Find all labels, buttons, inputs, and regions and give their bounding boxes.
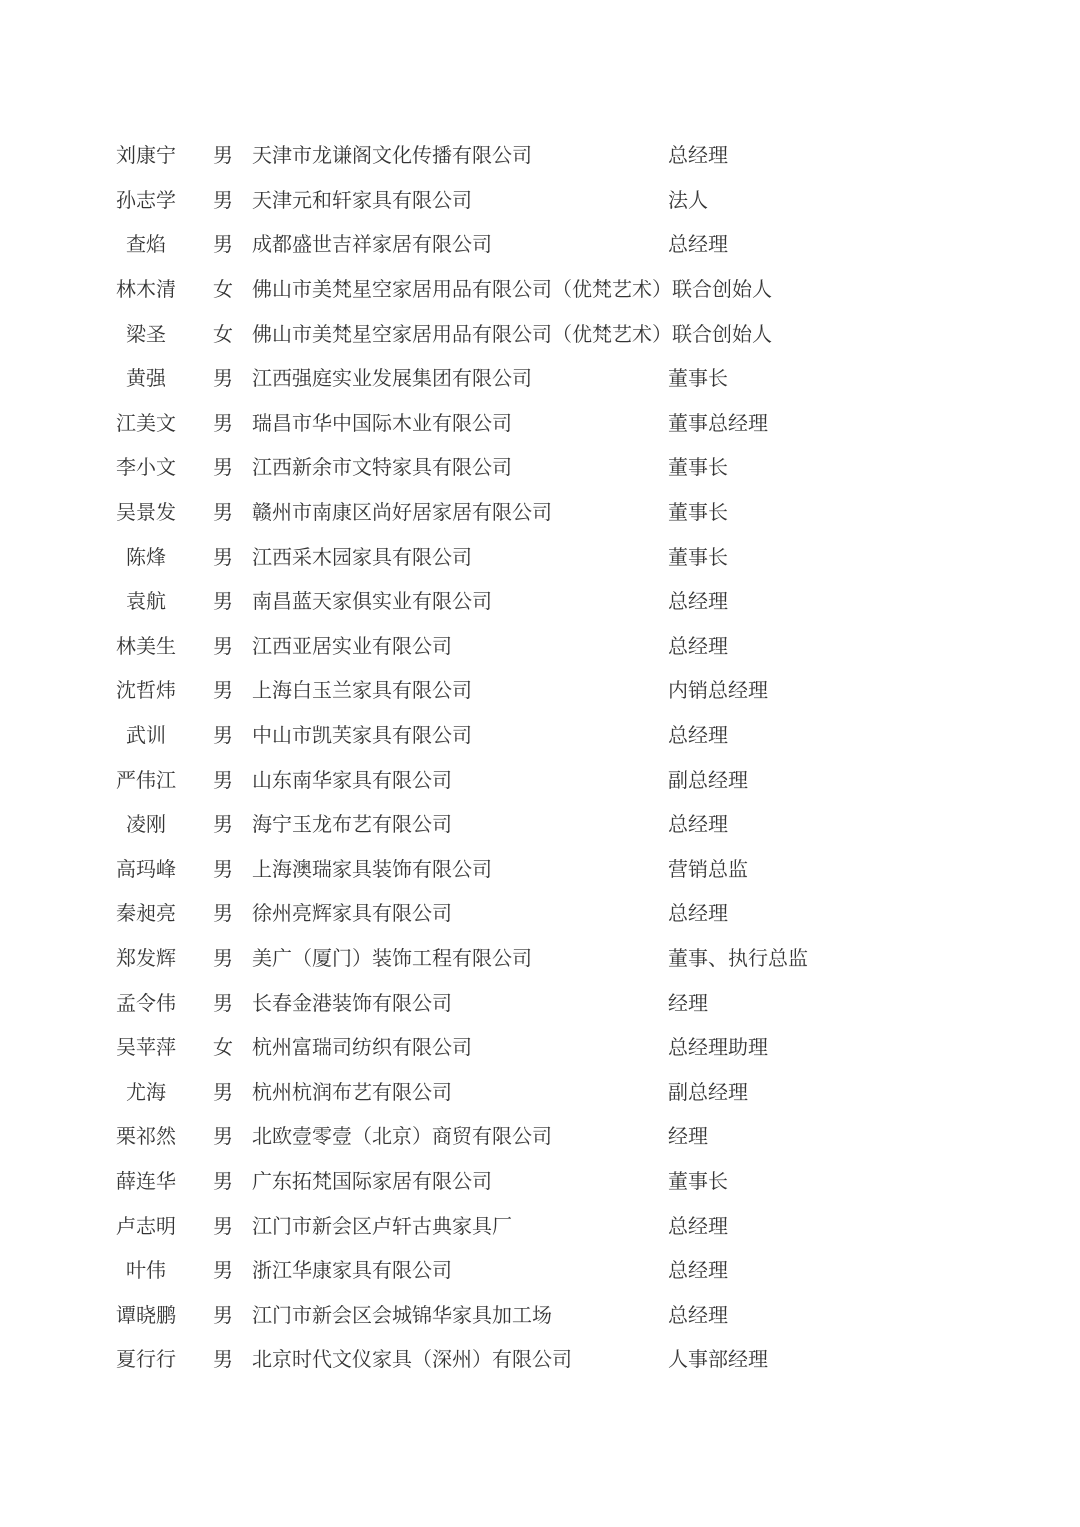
person-name-cell: 吴景发 bbox=[105, 503, 187, 523]
job-title-cell: 总经理 bbox=[668, 592, 728, 612]
gender-cell: 男 bbox=[203, 860, 243, 880]
table-row: 吴苹萍 女 杭州富瑞司纺织有限公司 总经理助理 bbox=[0, 1026, 1080, 1071]
people-roster-table: 刘康宁 男 天津市龙谦阁文化传播有限公司 总经理 孙志学 男 天津元和轩家具有限… bbox=[0, 134, 1080, 1383]
company-cell: 上海白玉兰家具有限公司 bbox=[252, 681, 668, 701]
job-title-cell: 总经理 bbox=[668, 1261, 728, 1281]
table-row: 刘康宁 男 天津市龙谦阁文化传播有限公司 总经理 bbox=[0, 134, 1080, 179]
job-title-cell: 总经理 bbox=[668, 146, 728, 166]
company-cell: 徐州亮辉家具有限公司 bbox=[252, 904, 668, 924]
table-row: 凌刚 男 海宁玉龙布艺有限公司 总经理 bbox=[0, 803, 1080, 848]
person-name-cell: 刘康宁 bbox=[105, 146, 187, 166]
gender-cell: 男 bbox=[203, 414, 243, 434]
person-name-cell: 林木清 bbox=[105, 280, 187, 300]
company-cell: 江西新余市文特家具有限公司 bbox=[252, 458, 668, 478]
table-row: 林美生 男 江西亚居实业有限公司 总经理 bbox=[0, 625, 1080, 670]
company-cell: 杭州杭润布艺有限公司 bbox=[252, 1083, 668, 1103]
gender-cell: 男 bbox=[203, 369, 243, 389]
gender-cell: 女 bbox=[203, 1038, 243, 1058]
gender-cell: 男 bbox=[203, 994, 243, 1014]
company-cell: 佛山市美梵星空家居用品有限公司（优梵艺术） bbox=[252, 325, 672, 345]
person-name-cell: 栗祁然 bbox=[105, 1127, 187, 1147]
gender-cell: 男 bbox=[203, 815, 243, 835]
table-row: 孟令伟 男 长春金港装饰有限公司 经理 bbox=[0, 981, 1080, 1026]
person-name-cell: 沈哲炜 bbox=[105, 681, 187, 701]
person-name-cell: 袁航 bbox=[105, 592, 187, 612]
job-title-cell: 董事长 bbox=[668, 458, 728, 478]
gender-cell: 男 bbox=[203, 458, 243, 478]
table-row: 卢志明 男 江门市新会区卢轩古典家具厂 总经理 bbox=[0, 1204, 1080, 1249]
table-row: 沈哲炜 男 上海白玉兰家具有限公司 内销总经理 bbox=[0, 669, 1080, 714]
company-cell: 北欧壹零壹（北京）商贸有限公司 bbox=[252, 1127, 668, 1147]
table-row: 孙志学 男 天津元和轩家具有限公司 法人 bbox=[0, 179, 1080, 224]
company-cell: 上海澳瑞家具装饰有限公司 bbox=[252, 860, 668, 880]
table-row: 吴景发 男 赣州市南康区尚好居家居有限公司 董事长 bbox=[0, 491, 1080, 536]
company-cell: 天津元和轩家具有限公司 bbox=[252, 191, 668, 211]
gender-cell: 男 bbox=[203, 949, 243, 969]
gender-cell: 男 bbox=[203, 681, 243, 701]
company-cell: 江门市新会区卢轩古典家具厂 bbox=[252, 1217, 668, 1237]
gender-cell: 男 bbox=[203, 1350, 243, 1370]
job-title-cell: 总经理 bbox=[668, 637, 728, 657]
person-name-cell: 陈烽 bbox=[105, 548, 187, 568]
table-row: 秦昶亮 男 徐州亮辉家具有限公司 总经理 bbox=[0, 892, 1080, 937]
job-title-cell: 总经理 bbox=[668, 726, 728, 746]
gender-cell: 女 bbox=[203, 280, 243, 300]
table-row: 梁圣 女 佛山市美梵星空家居用品有限公司（优梵艺术） 联合创始人 bbox=[0, 312, 1080, 357]
table-row: 郑发辉 男 美广（厦门）装饰工程有限公司 董事、执行总监 bbox=[0, 937, 1080, 982]
gender-cell: 男 bbox=[203, 726, 243, 746]
person-name-cell: 夏行行 bbox=[105, 1350, 187, 1370]
gender-cell: 男 bbox=[203, 191, 243, 211]
company-cell: 成都盛世吉祥家居有限公司 bbox=[252, 235, 668, 255]
table-row: 查焰 男 成都盛世吉祥家居有限公司 总经理 bbox=[0, 223, 1080, 268]
gender-cell: 男 bbox=[203, 235, 243, 255]
person-name-cell: 孙志学 bbox=[105, 191, 187, 211]
job-title-cell: 董事长 bbox=[668, 1172, 728, 1192]
job-title-cell: 总经理 bbox=[668, 815, 728, 835]
person-name-cell: 卢志明 bbox=[105, 1217, 187, 1237]
person-name-cell: 凌刚 bbox=[105, 815, 187, 835]
person-name-cell: 高玛峰 bbox=[105, 860, 187, 880]
job-title-cell: 人事部经理 bbox=[668, 1350, 768, 1370]
gender-cell: 男 bbox=[203, 548, 243, 568]
job-title-cell: 总经理 bbox=[668, 1306, 728, 1326]
job-title-cell: 董事总经理 bbox=[668, 414, 768, 434]
table-row: 林木清 女 佛山市美梵星空家居用品有限公司（优梵艺术） 联合创始人 bbox=[0, 268, 1080, 313]
company-cell: 长春金港装饰有限公司 bbox=[252, 994, 668, 1014]
company-cell: 山东南华家具有限公司 bbox=[252, 771, 668, 791]
person-name-cell: 薛连华 bbox=[105, 1172, 187, 1192]
job-title-cell: 法人 bbox=[668, 191, 708, 211]
company-cell: 广东拓梵国际家居有限公司 bbox=[252, 1172, 668, 1192]
gender-cell: 男 bbox=[203, 771, 243, 791]
gender-cell: 女 bbox=[203, 325, 243, 345]
gender-cell: 男 bbox=[203, 1261, 243, 1281]
job-title-cell: 经理 bbox=[668, 1127, 708, 1147]
person-name-cell: 严伟江 bbox=[105, 771, 187, 791]
company-cell: 江门市新会区会城锦华家具加工场 bbox=[252, 1306, 668, 1326]
gender-cell: 男 bbox=[203, 1127, 243, 1147]
person-name-cell: 谭晓鹏 bbox=[105, 1306, 187, 1326]
company-cell: 海宁玉龙布艺有限公司 bbox=[252, 815, 668, 835]
person-name-cell: 梁圣 bbox=[105, 325, 187, 345]
gender-cell: 男 bbox=[203, 637, 243, 657]
job-title-cell: 联合创始人 bbox=[672, 325, 772, 345]
job-title-cell: 联合创始人 bbox=[672, 280, 772, 300]
company-cell: 南昌蓝天家俱实业有限公司 bbox=[252, 592, 668, 612]
job-title-cell: 总经理助理 bbox=[668, 1038, 768, 1058]
gender-cell: 男 bbox=[203, 1083, 243, 1103]
gender-cell: 男 bbox=[203, 904, 243, 924]
table-row: 薛连华 男 广东拓梵国际家居有限公司 董事长 bbox=[0, 1160, 1080, 1205]
job-title-cell: 董事长 bbox=[668, 369, 728, 389]
table-row: 黄强 男 江西强庭实业发展集团有限公司 董事长 bbox=[0, 357, 1080, 402]
job-title-cell: 总经理 bbox=[668, 235, 728, 255]
gender-cell: 男 bbox=[203, 503, 243, 523]
gender-cell: 男 bbox=[203, 592, 243, 612]
person-name-cell: 江美文 bbox=[105, 414, 187, 434]
table-row: 高玛峰 男 上海澳瑞家具装饰有限公司 营销总监 bbox=[0, 848, 1080, 893]
job-title-cell: 内销总经理 bbox=[668, 681, 768, 701]
company-cell: 中山市凯芙家具有限公司 bbox=[252, 726, 668, 746]
job-title-cell: 经理 bbox=[668, 994, 708, 1014]
job-title-cell: 营销总监 bbox=[668, 860, 748, 880]
company-cell: 杭州富瑞司纺织有限公司 bbox=[252, 1038, 668, 1058]
table-row: 武训 男 中山市凯芙家具有限公司 总经理 bbox=[0, 714, 1080, 759]
table-row: 叶伟 男 浙江华康家具有限公司 总经理 bbox=[0, 1249, 1080, 1294]
person-name-cell: 吴苹萍 bbox=[105, 1038, 187, 1058]
table-row: 袁航 男 南昌蓝天家俱实业有限公司 总经理 bbox=[0, 580, 1080, 625]
document-page: 刘康宁 男 天津市龙谦阁文化传播有限公司 总经理 孙志学 男 天津元和轩家具有限… bbox=[0, 0, 1080, 1527]
table-row: 夏行行 男 北京时代文仪家具（深州）有限公司 人事部经理 bbox=[0, 1338, 1080, 1383]
table-row: 陈烽 男 江西采木园家具有限公司 董事长 bbox=[0, 535, 1080, 580]
person-name-cell: 尤海 bbox=[105, 1083, 187, 1103]
gender-cell: 男 bbox=[203, 1306, 243, 1326]
company-cell: 佛山市美梵星空家居用品有限公司（优梵艺术） bbox=[252, 280, 672, 300]
job-title-cell: 总经理 bbox=[668, 1217, 728, 1237]
company-cell: 瑞昌市华中国际木业有限公司 bbox=[252, 414, 668, 434]
company-cell: 浙江华康家具有限公司 bbox=[252, 1261, 668, 1281]
person-name-cell: 林美生 bbox=[105, 637, 187, 657]
job-title-cell: 副总经理 bbox=[668, 771, 748, 791]
job-title-cell: 总经理 bbox=[668, 904, 728, 924]
gender-cell: 男 bbox=[203, 146, 243, 166]
person-name-cell: 李小文 bbox=[105, 458, 187, 478]
table-row: 栗祁然 男 北欧壹零壹（北京）商贸有限公司 经理 bbox=[0, 1115, 1080, 1160]
table-row: 江美文 男 瑞昌市华中国际木业有限公司 董事总经理 bbox=[0, 402, 1080, 447]
table-row: 严伟江 男 山东南华家具有限公司 副总经理 bbox=[0, 758, 1080, 803]
person-name-cell: 黄强 bbox=[105, 369, 187, 389]
gender-cell: 男 bbox=[203, 1172, 243, 1192]
job-title-cell: 董事长 bbox=[668, 548, 728, 568]
job-title-cell: 副总经理 bbox=[668, 1083, 748, 1103]
company-cell: 江西采木园家具有限公司 bbox=[252, 548, 668, 568]
person-name-cell: 秦昶亮 bbox=[105, 904, 187, 924]
table-row: 李小文 男 江西新余市文特家具有限公司 董事长 bbox=[0, 446, 1080, 491]
company-cell: 天津市龙谦阁文化传播有限公司 bbox=[252, 146, 668, 166]
job-title-cell: 董事长 bbox=[668, 503, 728, 523]
person-name-cell: 查焰 bbox=[105, 235, 187, 255]
company-cell: 江西强庭实业发展集团有限公司 bbox=[252, 369, 668, 389]
person-name-cell: 郑发辉 bbox=[105, 949, 187, 969]
table-row: 谭晓鹏 男 江门市新会区会城锦华家具加工场 总经理 bbox=[0, 1293, 1080, 1338]
company-cell: 江西亚居实业有限公司 bbox=[252, 637, 668, 657]
company-cell: 美广（厦门）装饰工程有限公司 bbox=[252, 949, 668, 969]
person-name-cell: 武训 bbox=[105, 726, 187, 746]
person-name-cell: 孟令伟 bbox=[105, 994, 187, 1014]
gender-cell: 男 bbox=[203, 1217, 243, 1237]
job-title-cell: 董事、执行总监 bbox=[668, 949, 808, 969]
company-cell: 北京时代文仪家具（深州）有限公司 bbox=[252, 1350, 668, 1370]
table-row: 尤海 男 杭州杭润布艺有限公司 副总经理 bbox=[0, 1070, 1080, 1115]
person-name-cell: 叶伟 bbox=[105, 1261, 187, 1281]
company-cell: 赣州市南康区尚好居家居有限公司 bbox=[252, 503, 668, 523]
